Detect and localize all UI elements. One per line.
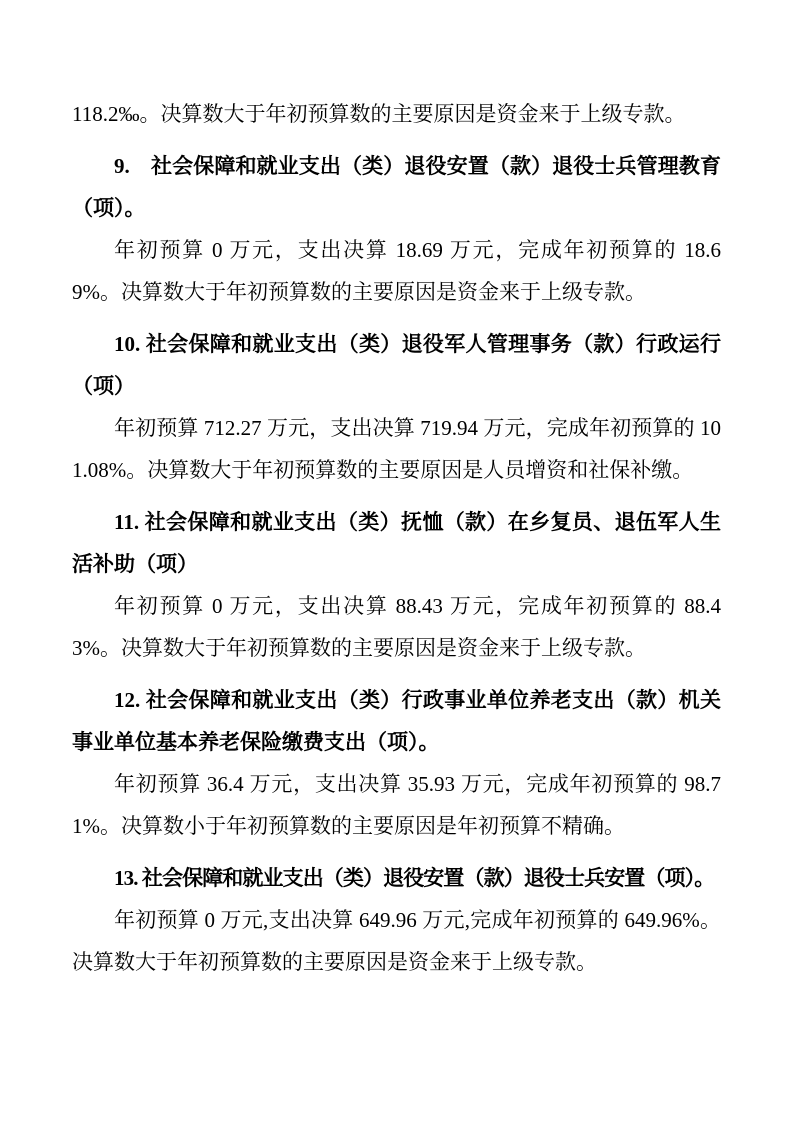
section-12-body: 年初预算 36.4 万元，支出决算 35.93 万元，完成年初预算的 98.71… <box>72 763 721 847</box>
section-10-heading: 10. 社会保障和就业支出（类）退役军人管理事务（款）行政运行（项） <box>72 323 721 407</box>
section-13-heading: 13. 社会保障和就业支出（类）退役安置（款）退役士兵安置（项）。 <box>72 857 721 899</box>
document-page: 118.2‰。决算数大于年初预算数的主要原因是资金来于上级专款。 9. 社会保障… <box>0 0 793 1122</box>
section-10-body: 年初预算 712.27 万元，支出决算 719.94 万元，完成年初预算的 10… <box>72 407 721 491</box>
section-9-heading: 9. 社会保障和就业支出（类）退役安置（款）退役士兵管理教育（项）。 <box>72 145 721 229</box>
continuation-paragraph: 118.2‰。决算数大于年初预算数的主要原因是资金来于上级专款。 <box>72 93 721 135</box>
section-13-body: 年初预算 0 万元,支出决算 649.96 万元,完成年初预算的 649.96%… <box>72 899 721 983</box>
section-9-body: 年初预算 0 万元，支出决算 18.69 万元，完成年初预算的 18.69%。决… <box>72 229 721 313</box>
section-11-heading: 11. 社会保障和就业支出（类）抚恤（款）在乡复员、退伍军人生活补助（项） <box>72 501 721 585</box>
section-12-heading: 12. 社会保障和就业支出（类）行政事业单位养老支出（款）机关事业单位基本养老保… <box>72 679 721 763</box>
section-11-body: 年初预算 0 万元，支出决算 88.43 万元，完成年初预算的 88.43%。决… <box>72 585 721 669</box>
